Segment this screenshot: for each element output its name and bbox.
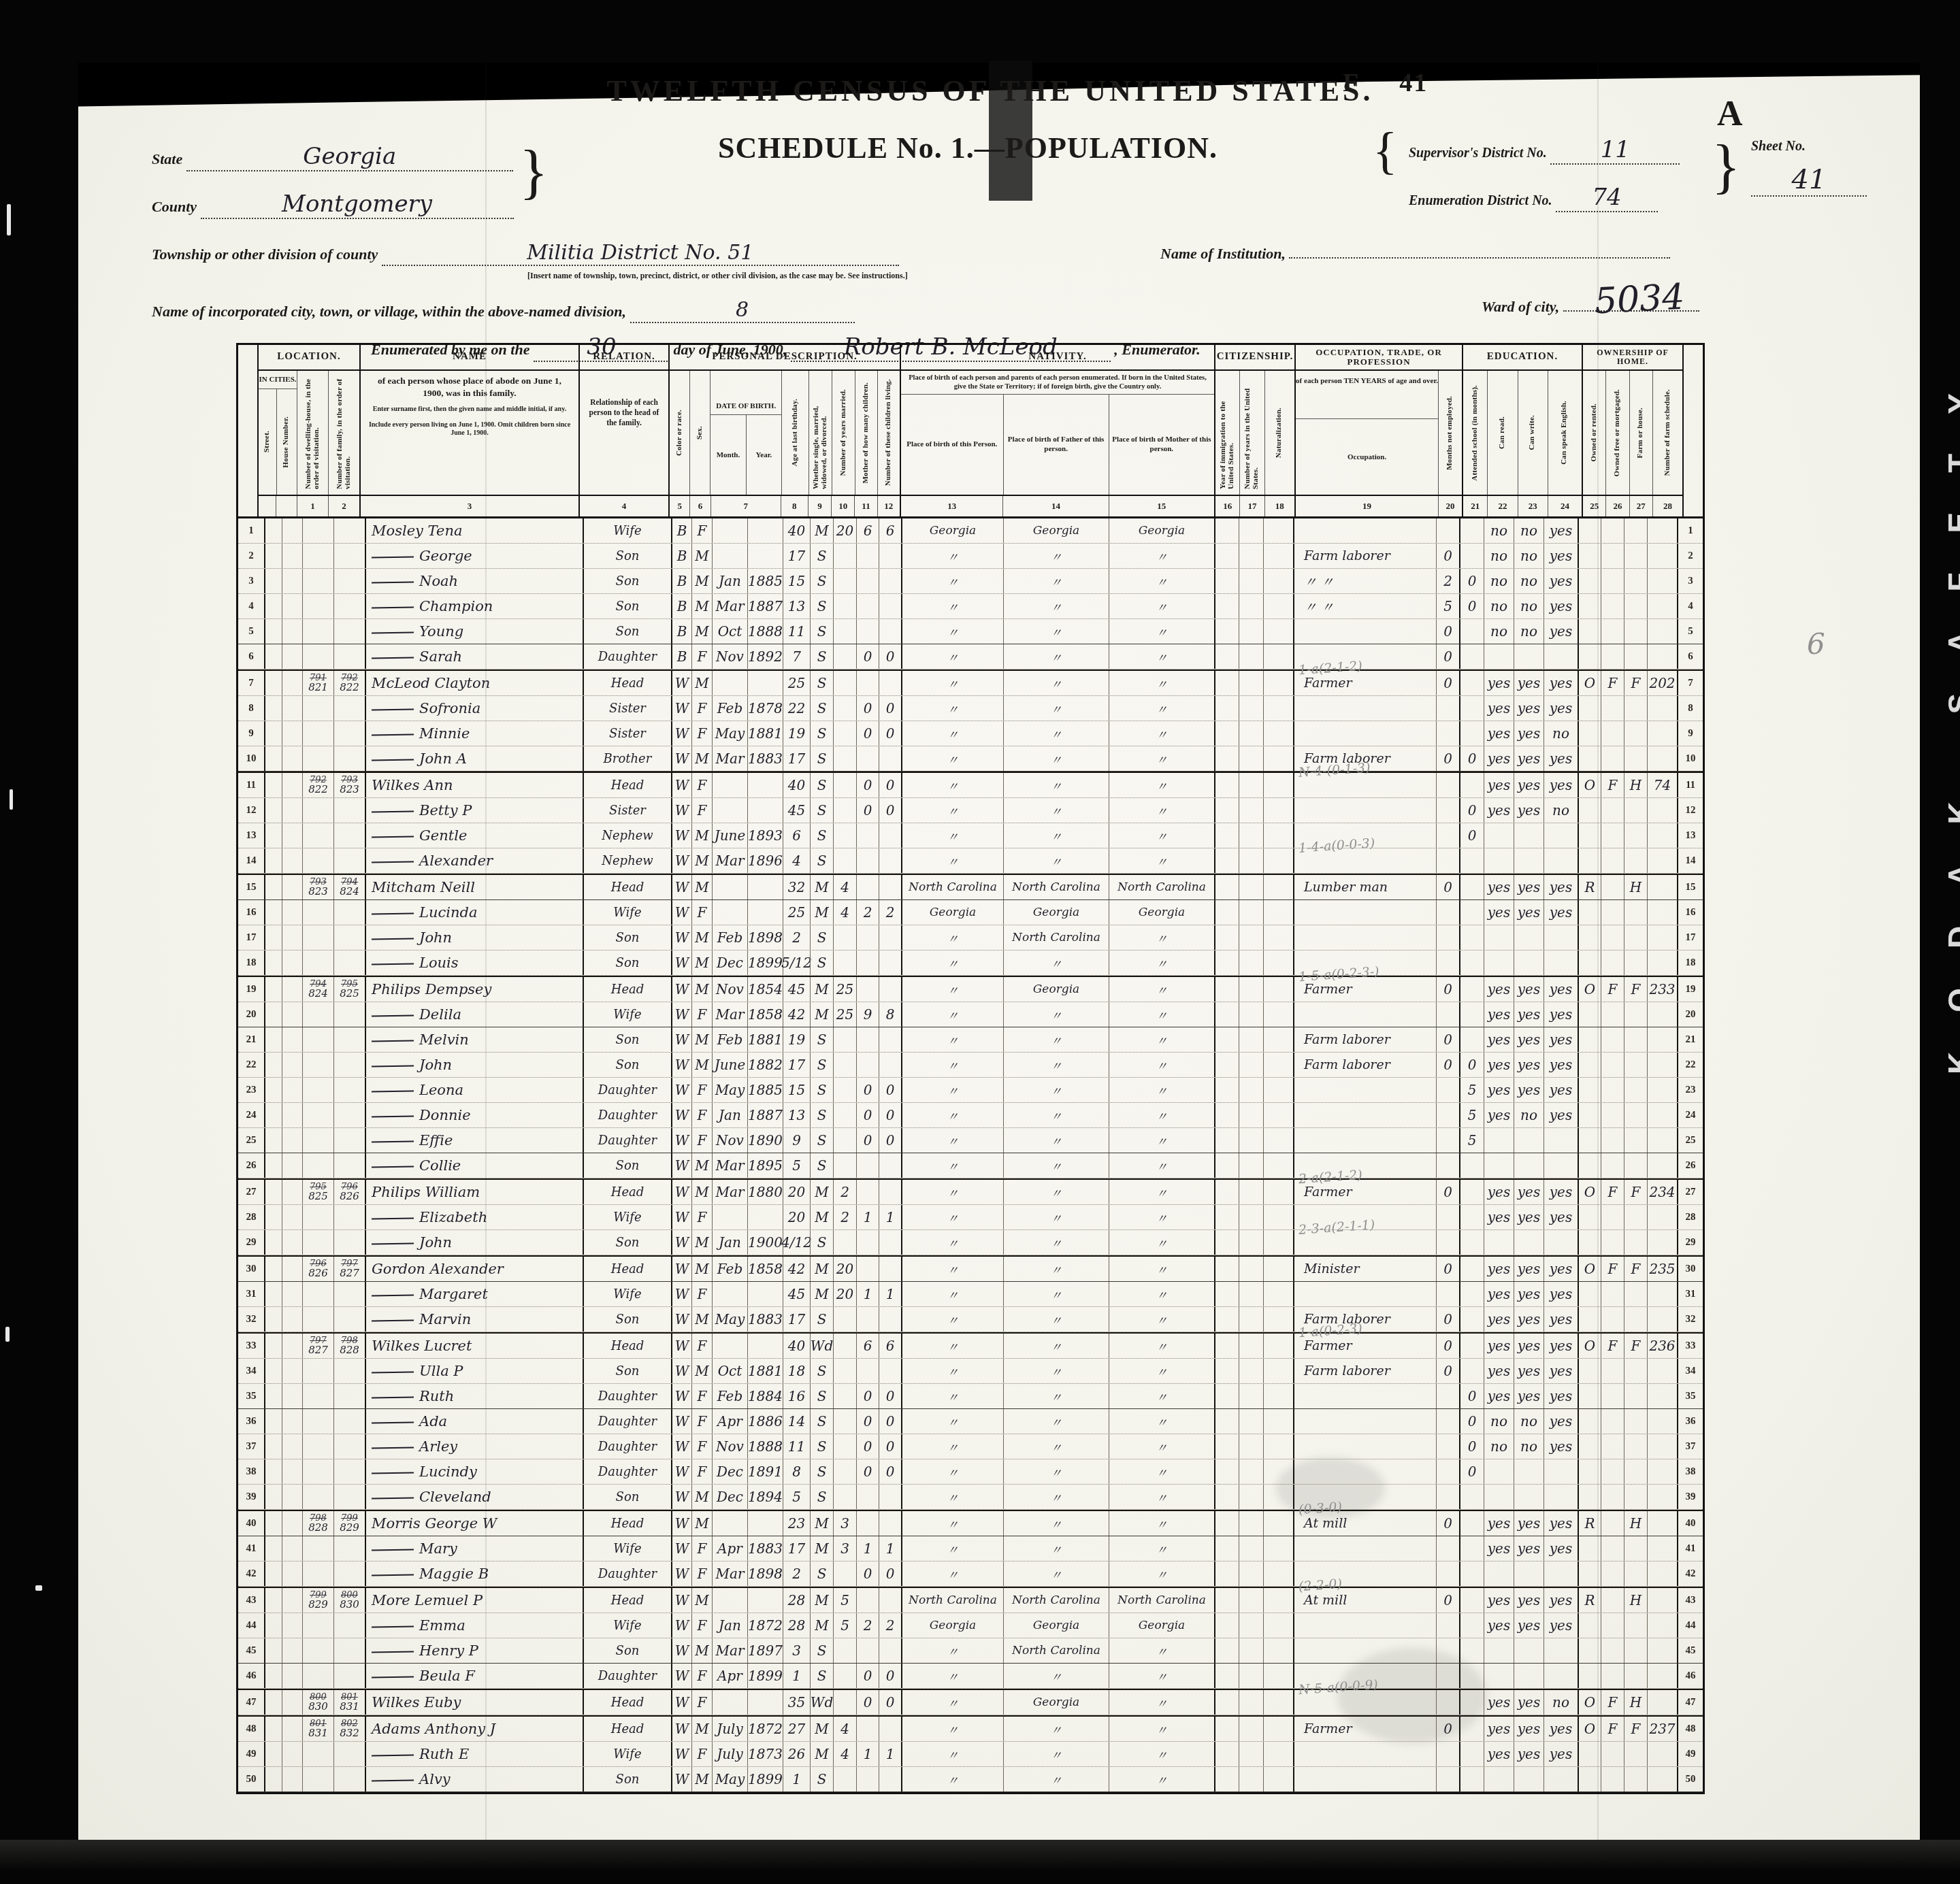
cell-color: W [671,977,691,1002]
table-row: 8SofroniaSisterWFFeb187822S00〃〃〃yesyesye… [238,696,1703,721]
cell-read: yes [1484,1359,1514,1383]
cell-name: Wilkes Euby [365,1690,583,1715]
row-number: 21 [238,1027,264,1052]
cell-own: O [1578,1257,1601,1281]
cell-c16 [1214,721,1239,746]
cell-c18 [1263,1078,1293,1102]
row-number: 31 [238,1282,264,1306]
row-number: 14 [1677,848,1703,873]
cell-mar: S [810,1078,833,1102]
cell-rel: Wife [583,518,671,543]
cell-mar: S [810,773,833,797]
cell-sched [1647,951,1677,975]
cell-dw [302,569,333,593]
cell-c18 [1263,1434,1293,1459]
cell-yrs [833,1307,856,1332]
cell-house [282,1409,302,1434]
table-row: 34Ulla PSonWMOct188118S〃〃〃Farm laborer0y… [238,1359,1703,1384]
cell-months: 0 [1436,1359,1459,1383]
group-title: CITIZENSHIP. [1215,345,1294,371]
cell-street [264,1561,282,1586]
cell-pobf: 〃 [1003,594,1109,618]
cell-street [264,848,282,873]
cell-age: 4/12 [783,1230,810,1255]
cell-color: W [671,1384,691,1408]
cell-name: Leona [365,1078,583,1102]
cell-fam [333,1536,365,1561]
cell-write: yes [1514,1257,1543,1281]
table-row: 37ArleyDaughterWFNov188811S00〃〃〃0nonoyes… [238,1434,1703,1459]
cell-occ: Farm laborer [1293,544,1436,568]
cell-mom: 6 [856,1334,879,1358]
table-row: 28ElizabethWifeWF20M211〃〃〃yesyesyes28 [238,1205,1703,1230]
cell-pob: Georgia [901,1613,1003,1638]
cell-color: W [671,798,691,823]
cell-write: yes [1514,1002,1543,1027]
cell-write [1514,1664,1543,1688]
cell-doby: 1858 [747,1002,783,1027]
col-number: 17 [1239,496,1264,516]
table-row: 27795825796826Philips WilliamHeadWMMar18… [238,1178,1703,1205]
cell-c17 [1239,1384,1263,1408]
cell-mar: M [810,1742,833,1766]
cell-write [1514,1485,1543,1509]
cell-street [264,746,282,771]
table-row: 43799829800830More Lemuel PHeadWM28M5Nor… [238,1587,1703,1613]
cell-pobm: 〃 [1109,1717,1214,1741]
cell-fam [333,1384,365,1408]
cell-school: 5 [1459,1128,1484,1153]
cell-street [264,619,282,644]
cell-school [1459,1536,1484,1561]
film-speck [35,1585,42,1591]
cell-fam [333,1434,365,1459]
cell-mar: M [810,977,833,1002]
col-naturalization: Naturalization. [1275,408,1284,458]
cell-fm [1601,544,1624,568]
cell-yrs: 4 [833,900,856,925]
cell-pobm: 〃 [1109,1230,1214,1255]
cell-months: 0 [1436,544,1459,568]
cell-school [1459,1511,1484,1536]
cell-color: W [671,1053,691,1077]
cell-write: yes [1514,1053,1543,1077]
cell-c18 [1263,1002,1293,1027]
cell-liv: 0 [879,696,901,721]
cell-street [264,1307,282,1332]
cell-age: 28 [783,1588,810,1613]
cell-mom [856,1511,879,1536]
cell-yrs: 20 [833,1257,856,1281]
cell-pobm: 〃 [1109,1334,1214,1358]
cell-sched [1647,1690,1677,1715]
cell-mar: S [810,1153,833,1178]
cell-write: yes [1514,1742,1543,1766]
cell-mar: M [810,1511,833,1536]
cell-yrs [833,925,856,950]
cell-mar: S [810,1638,833,1663]
cell-eng [1543,1153,1578,1178]
cell-color: W [671,1434,691,1459]
cell-c16 [1214,1409,1239,1434]
cell-sex: F [691,644,712,669]
cell-pobf: 〃 [1003,1536,1109,1561]
cell-fm [1601,1459,1624,1484]
cell-pob: 〃 [901,1511,1003,1536]
cell-doby: 1888 [747,619,783,644]
cell-rel: Son [583,1638,671,1663]
cell-dw [302,951,333,975]
col-immigration-year: Year of immigration to the United States… [1220,377,1236,489]
cell-mom [856,544,879,568]
cell-pobf: 〃 [1003,544,1109,568]
cell-eng: yes [1543,1103,1578,1127]
cell-own [1578,569,1601,593]
cell-yrs [833,848,856,873]
cell-eng: yes [1543,900,1578,925]
cell-sex: F [691,1742,712,1766]
cell-dw [302,594,333,618]
cell-own [1578,721,1601,746]
cell-liv: 1 [879,1742,901,1766]
cell-school [1459,1690,1484,1715]
cell-house [282,1180,302,1204]
cell-doby: 1881 [747,721,783,746]
cell-age: 26 [783,1742,810,1766]
cell-name: Sarah [365,644,583,669]
cell-sex: M [691,1717,712,1741]
cell-name: Mary [365,1536,583,1561]
cell-age: 40 [783,1334,810,1358]
row-number: 13 [1677,823,1703,848]
cell-fam: 801831 [333,1690,365,1715]
cell-c16 [1214,644,1239,669]
cell-dw: 792822 [302,773,333,797]
cell-c17 [1239,1536,1263,1561]
cell-dobm: Oct [712,619,747,644]
cell-eng [1543,951,1578,975]
cell-dobm: May [712,1078,747,1102]
cell-yrs [833,746,856,771]
cell-write: no [1514,544,1543,568]
cell-sex: F [691,1409,712,1434]
cell-street [264,1767,282,1791]
table-row: 31MargaretWifeWF45M2011〃〃〃yesyesyes31 [238,1282,1703,1307]
cell-age: 22 [783,696,810,721]
cell-dw [302,1384,333,1408]
cell-dw [302,900,333,925]
col-group-personal-description: PERSONAL DESCRIPTION. Color or race. Sex… [668,345,900,516]
cell-mom: 2 [856,900,879,925]
cell-pobm: 〃 [1109,1561,1214,1586]
cell-mar: S [810,1103,833,1127]
cell-months [1436,1690,1459,1715]
cell-occ [1293,1384,1436,1408]
cell-mar: M [810,1282,833,1306]
cell-dobm: Nov [712,1128,747,1153]
cell-liv [879,951,901,975]
cell-house [282,798,302,823]
cell-name: Champion [365,594,583,618]
cell-own [1578,1613,1601,1638]
cell-own: O [1578,773,1601,797]
cell-occ: 〃 〃 [1293,594,1436,618]
cell-dobm [712,1511,747,1536]
col-mother-of-children: Mother of how many children. [862,382,870,484]
page-stamp: F41 [1343,68,1428,98]
cell-doby [747,1334,783,1358]
cell-read [1484,1767,1514,1791]
cell-house [282,1717,302,1741]
cell-occ [1293,1282,1436,1306]
col-number: 21 [1463,496,1487,516]
cell-c18 [1263,1536,1293,1561]
cell-c17 [1239,951,1263,975]
cell-doby: 1858 [747,1257,783,1281]
cell-pobm: 〃 [1109,977,1214,1002]
cell-street [264,1128,282,1153]
cell-age: 5 [783,1153,810,1178]
cell-occ: 2-3-a(2-1-1) [1293,1230,1436,1255]
cell-c17 [1239,1767,1263,1791]
cell-yrs [833,1153,856,1178]
cell-mom: 0 [856,1128,879,1153]
cell-liv: 2 [879,900,901,925]
cell-fm [1601,1536,1624,1561]
cell-liv: 2 [879,1613,901,1638]
row-number: 48 [1677,1717,1703,1741]
cell-rel: Son [583,1307,671,1332]
cell-eng: yes [1543,1334,1578,1358]
cell-c18 [1263,518,1293,543]
cell-c17 [1239,1511,1263,1536]
cell-liv [879,1717,901,1741]
cell-street [264,1002,282,1027]
cell-sched [1647,1230,1677,1255]
group-title: OWNERSHIP OF HOME. [1583,345,1682,371]
cell-color: W [671,671,691,695]
cell-pob: 〃 [901,1078,1003,1102]
cell-yrs [833,798,856,823]
cell-months [1436,1230,1459,1255]
cell-pobf: 〃 [1003,1128,1109,1153]
cell-months: 0 [1436,1334,1459,1358]
row-number: 18 [238,951,264,975]
cell-age: 25 [783,900,810,925]
cell-fm [1601,1230,1624,1255]
cell-rel: Wife [583,1536,671,1561]
cell-doby: 1873 [747,1742,783,1766]
cell-yrs [833,594,856,618]
cell-c18 [1263,569,1293,593]
cell-house [282,1485,302,1509]
cell-house [282,569,302,593]
cell-pobf: 〃 [1003,1459,1109,1484]
cell-dw: 801831 [302,1717,333,1741]
cell-house [282,1002,302,1027]
cell-c16 [1214,544,1239,568]
cell-age: 7 [783,644,810,669]
cell-school: 0 [1459,1409,1484,1434]
cell-rel: Son [583,1153,671,1178]
table-row: 46Beula FDaughterWFApr18991S00〃〃〃46 [238,1664,1703,1689]
cell-pobf: 〃 [1003,773,1109,797]
cell-street [264,1638,282,1663]
cell-write: yes [1514,977,1543,1002]
cell-liv: 0 [879,1690,901,1715]
cell-fam: 798828 [333,1334,365,1358]
cell-dobm [712,671,747,695]
row-number: 40 [238,1511,264,1536]
cell-c18 [1263,1613,1293,1638]
cell-color: B [671,544,691,568]
row-number: 19 [1677,977,1703,1002]
cell-c17 [1239,721,1263,746]
cell-sched [1647,696,1677,721]
cell-dobm: Mar [712,1153,747,1178]
cell-fm: F [1601,1257,1624,1281]
cell-occ [1293,1103,1436,1127]
cell-name: Melvin [365,1027,583,1052]
row-number: 34 [238,1359,264,1383]
cell-pob: 〃 [901,1128,1003,1153]
cell-own [1578,1459,1601,1484]
cell-mar: S [810,569,833,593]
cell-mom: 1 [856,1742,879,1766]
cell-doby: 1895 [747,1153,783,1178]
cell-doby: 1887 [747,594,783,618]
col-number: 6 [689,496,710,516]
cell-fh [1624,518,1647,543]
cell-yrs [833,1027,856,1052]
col-number: 9 [808,496,831,516]
cell-pobm: 〃 [1109,1359,1214,1383]
cell-sched [1647,1128,1677,1153]
cell-house [282,1078,302,1102]
cell-age: 15 [783,569,810,593]
cell-write: yes [1514,1613,1543,1638]
cell-fh [1624,1638,1647,1663]
cell-liv [879,925,901,950]
cell-own [1578,798,1601,823]
table-row: 21MelvinSonWMFeb188119S〃〃〃Farm laborer0y… [238,1027,1703,1053]
cell-occ: Farmer1-5-a(0-2-3-) [1293,977,1436,1002]
cell-c16 [1214,1002,1239,1027]
cell-pobm: 〃 [1109,951,1214,975]
cell-c18 [1263,1334,1293,1358]
cell-fam [333,1128,365,1153]
cell-rel: Son [583,925,671,950]
cell-fm: F [1601,773,1624,797]
col-number: 10 [831,496,854,516]
cell-school [1459,925,1484,950]
cell-c18 [1263,1511,1293,1536]
cell-color: W [671,1128,691,1153]
cell-school [1459,1664,1484,1688]
cell-write: yes [1514,721,1543,746]
cell-mom [856,1485,879,1509]
cell-sex: M [691,671,712,695]
row-number: 20 [238,1002,264,1027]
table-row: 42Maggie BDaughterWFMar18982S00〃〃〃42 [238,1561,1703,1587]
cell-fm [1601,925,1624,950]
cell-mom: 0 [856,1384,879,1408]
cell-name: Ruth [365,1384,583,1408]
county-value: Montgomery [282,191,432,218]
cell-months: 0 [1436,977,1459,1002]
cell-fm [1601,1511,1624,1536]
cell-rel: Head [583,1690,671,1715]
census-sheet: TWELFTH CENSUS OF THE UNITED STATES. F41… [78,63,1920,1840]
cell-sched [1647,1027,1677,1052]
cell-name: Arley [365,1434,583,1459]
col-children-living: Number of these children living. [885,379,893,486]
row-number: 8 [1677,696,1703,721]
cell-eng: yes [1543,1409,1578,1434]
row-number: 7 [1677,671,1703,695]
cell-write: yes [1514,1536,1543,1561]
cell-occ [1293,1767,1436,1791]
cell-write: yes [1514,1717,1543,1741]
cell-fm [1601,619,1624,644]
cell-sex: M [691,1257,712,1281]
cell-pobf: 〃 [1003,1384,1109,1408]
cell-mom: 2 [856,1613,879,1638]
cell-house [282,1307,302,1332]
cell-rel: Wife [583,900,671,925]
cell-liv: 0 [879,1664,901,1688]
cell-sex: F [691,1664,712,1688]
cell-name: John [365,1053,583,1077]
enum-district-value: 74 [1592,184,1621,211]
cell-doby: 1899 [747,951,783,975]
cell-fh [1624,1767,1647,1791]
corner-letter: A [1717,94,1743,134]
cell-name: Margaret [365,1282,583,1306]
cell-pob: 〃 [901,1180,1003,1204]
cell-fm [1601,1053,1624,1077]
cell-fh [1624,848,1647,873]
cell-fh [1624,1613,1647,1638]
cell-rel: Nephew [583,848,671,873]
cell-doby: 1900 [747,1230,783,1255]
cell-rel: Sister [583,798,671,823]
row-number: 24 [1677,1103,1703,1127]
cell-name: Maggie B [365,1561,583,1586]
cell-doby: 1886 [747,1409,783,1434]
row-number: 8 [238,696,264,721]
cell-dobm: May [712,1307,747,1332]
col-group-name: NAME of each person whose place of abode… [359,345,578,516]
cell-read: yes [1484,1282,1514,1306]
cell-sex: F [691,1561,712,1586]
cell-pobm: 〃 [1109,1742,1214,1766]
row-number: 26 [238,1153,264,1178]
cell-c16 [1214,798,1239,823]
cell-c16 [1214,569,1239,593]
cell-school: 0 [1459,823,1484,848]
cell-c18 [1263,1257,1293,1281]
cell-fh [1624,823,1647,848]
cell-sex: F [691,518,712,543]
cell-own: O [1578,1334,1601,1358]
cell-fh [1624,1002,1647,1027]
cell-age: 5 [783,1485,810,1509]
cell-school [1459,1180,1484,1204]
cell-street [264,1230,282,1255]
col-family-number: Number of family, in the order of visita… [336,377,353,489]
cell-fam [333,1359,365,1383]
